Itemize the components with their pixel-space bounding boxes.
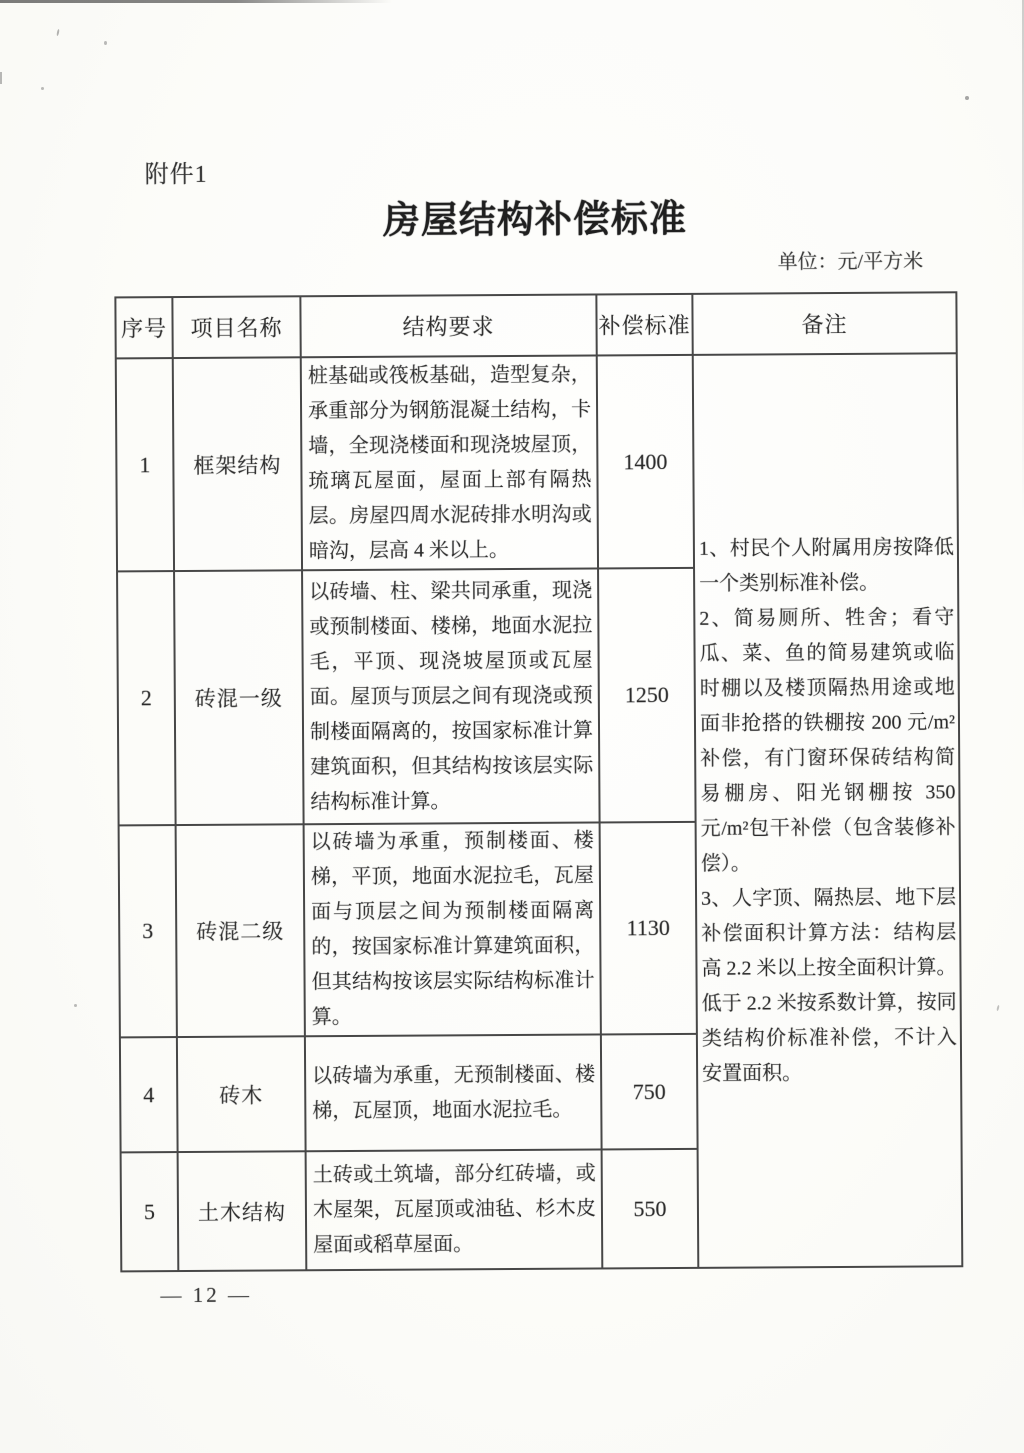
scan-speck (965, 96, 969, 100)
attachment-label: 附件1 (144, 154, 207, 189)
row4-no: 4 (120, 1037, 178, 1152)
row2-name: 砖混一级 (174, 570, 304, 825)
document-title: 房屋结构补偿标准 (115, 186, 955, 245)
col-header-remark: 备注 (692, 292, 956, 355)
row5-no: 5 (121, 1152, 179, 1271)
col-header-requirement: 结构要求 (300, 294, 596, 357)
document-content: 附件1 房屋结构补偿标准 单位：元/平方米 序号 项目名称 结构要求 补偿标准 … (0, 0, 1024, 1453)
scan-edge-tick (0, 72, 2, 84)
table-header-row: 序号 项目名称 结构要求 补偿标准 备注 (115, 292, 956, 358)
scan-edge-artifact (0, 0, 392, 3)
row2-standard: 1250 (598, 568, 696, 823)
row4-standard: 750 (601, 1034, 698, 1150)
scan-speck (104, 41, 107, 45)
table-row-1: 1 框架结构 桩基础或筏板基础，造型复杂，承重部分为钢筋混凝土结构，卡墙，全现浇… (116, 353, 958, 571)
unit-label: 单位：元/平方米 (115, 244, 923, 278)
row2-no: 2 (117, 571, 176, 825)
row2-requirement: 以砖墙、柱、梁共同承重，现浇或预制楼面、楼梯，地面水泥拉毛，平顶、现浇坡屋顶或瓦… (302, 568, 600, 824)
col-header-standard: 补偿标准 (596, 294, 692, 356)
scan-speck (41, 87, 44, 90)
row1-requirement: 桩基础或筏板基础，造型复杂，承重部分为钢筋混凝土结构，卡墙，全现浇楼面和现浇坡屋… (301, 355, 598, 570)
row3-standard: 1130 (600, 822, 697, 1035)
scan-speck (74, 1004, 77, 1007)
row4-name: 砖木 (177, 1036, 306, 1152)
row4-requirement: 以砖墙为承重，无预制楼面、楼梯，瓦屋顶，地面水泥拉毛。 (305, 1034, 602, 1151)
row1-no: 1 (116, 358, 174, 571)
remarks-cell: 1、村民个人附属用房按降低一个类别标准补偿。 2、简易厕所、牲舍；看守瓜、菜、鱼… (693, 353, 963, 1268)
row5-requirement: 土砖或土筑墙，部分红砖墙，或木屋架，瓦屋顶或油毡、杉木皮屋面或稻草屋面。 (306, 1149, 603, 1270)
row1-standard: 1400 (597, 355, 694, 569)
scanned-document-page: 附件1 房屋结构补偿标准 单位：元/平方米 序号 项目名称 结构要求 补偿标准 … (0, 0, 1024, 1453)
row3-requirement: 以砖墙为承重，预制楼面、楼梯，平顶，地面水泥拉毛，瓦屋面与顶层之间为预制楼面隔离… (304, 822, 601, 1036)
row3-no: 3 (119, 825, 177, 1037)
row3-name: 砖混二级 (176, 824, 305, 1037)
row5-standard: 550 (602, 1149, 699, 1269)
page-number: — 12 — (160, 1283, 252, 1309)
row5-name: 土木结构 (178, 1151, 307, 1271)
col-header-no: 序号 (115, 297, 172, 358)
row1-name: 框架结构 (173, 357, 302, 571)
compensation-table: 序号 项目名称 结构要求 补偿标准 备注 1 框架结构 桩基础或筏板基础，造型复… (114, 291, 963, 1272)
col-header-name: 项目名称 (172, 296, 300, 358)
